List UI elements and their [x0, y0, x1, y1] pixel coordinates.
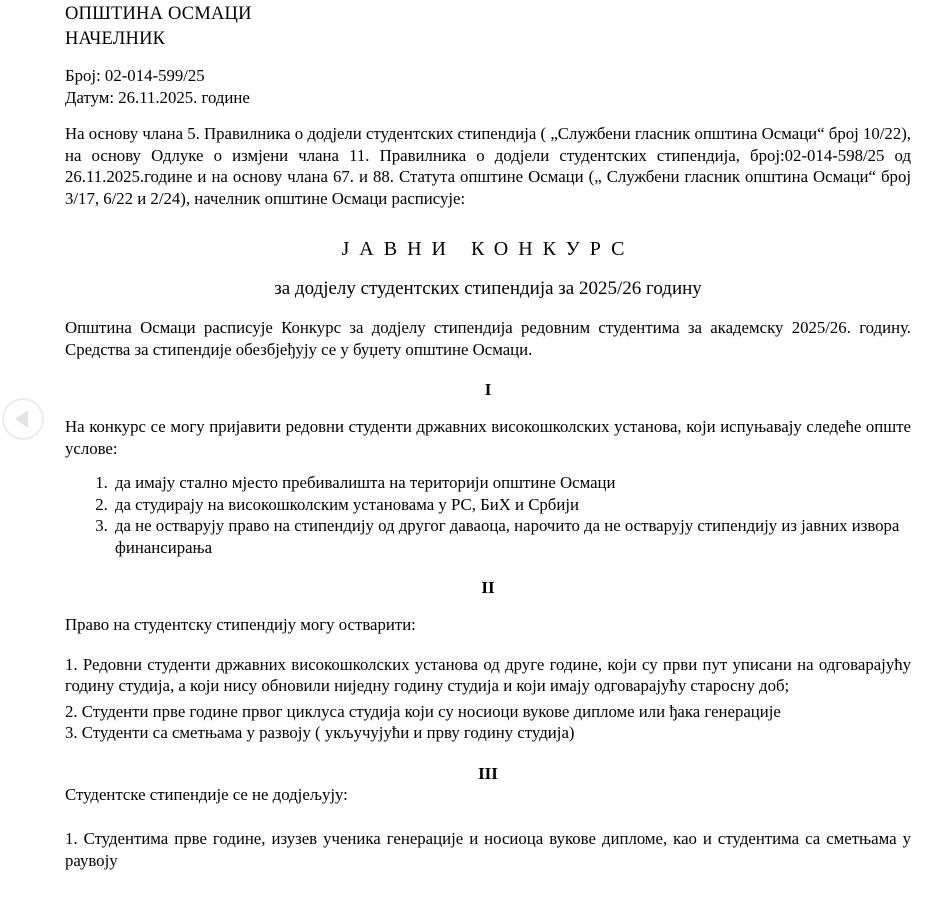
section-2-paragraph: 1. Редовни студенти државних високошколс…	[65, 654, 911, 697]
section-numeral-2: II	[65, 577, 911, 598]
document-subtitle: за додјелу студентских стипендија за 202…	[65, 277, 911, 301]
section-numeral-1: I	[65, 379, 911, 400]
previous-page-button[interactable]	[2, 398, 44, 440]
list-item: да студирају на високошколским установам…	[112, 494, 911, 516]
issuer-office: НАЧЕЛНИК	[65, 27, 911, 52]
document-page: ОПШТИНА ОСМАЦИ НАЧЕЛНИК Број: 02-014-599…	[65, 2, 911, 871]
list-item: да не остварују право на стипендију од д…	[112, 515, 911, 558]
left-arrow-icon	[15, 410, 28, 428]
list-item: да имају стално мјесто пребивалишта на т…	[112, 472, 911, 494]
section-1-intro: На конкурс се могу пријавити редовни сту…	[65, 416, 911, 459]
section-2-intro: Право на студентску стипендију могу оств…	[65, 614, 911, 636]
general-conditions-list: да имају стално мјесто пребивалишта на т…	[65, 472, 911, 558]
issuer-municipality: ОПШТИНА ОСМАЦИ	[65, 2, 911, 27]
section-numeral-3: III	[65, 763, 911, 784]
section-2-paragraph: 2. Студенти прве године првог циклуса ст…	[65, 701, 911, 723]
section-2-paragraph: 3. Студенти са сметњама у развоју ( укљу…	[65, 722, 911, 744]
document-title: ЈАВНИ КОНКУРС	[65, 238, 911, 260]
legal-basis-paragraph: На основу члана 5. Правилника о додјели …	[65, 123, 911, 209]
lead-paragraph: Општина Осмаци расписује Конкурс за додј…	[65, 317, 911, 360]
section-3-paragraph: 1. Студентима прве године, изузев ученик…	[65, 828, 911, 871]
document-meta: Број: 02-014-599/25 Датум: 26.11.2025. г…	[65, 65, 911, 108]
document-number: Број: 02-014-599/25	[65, 65, 911, 87]
document-date: Датум: 26.11.2025. године	[65, 87, 911, 109]
section-3-intro: Студентске стипендије се не додјељују:	[65, 784, 911, 806]
